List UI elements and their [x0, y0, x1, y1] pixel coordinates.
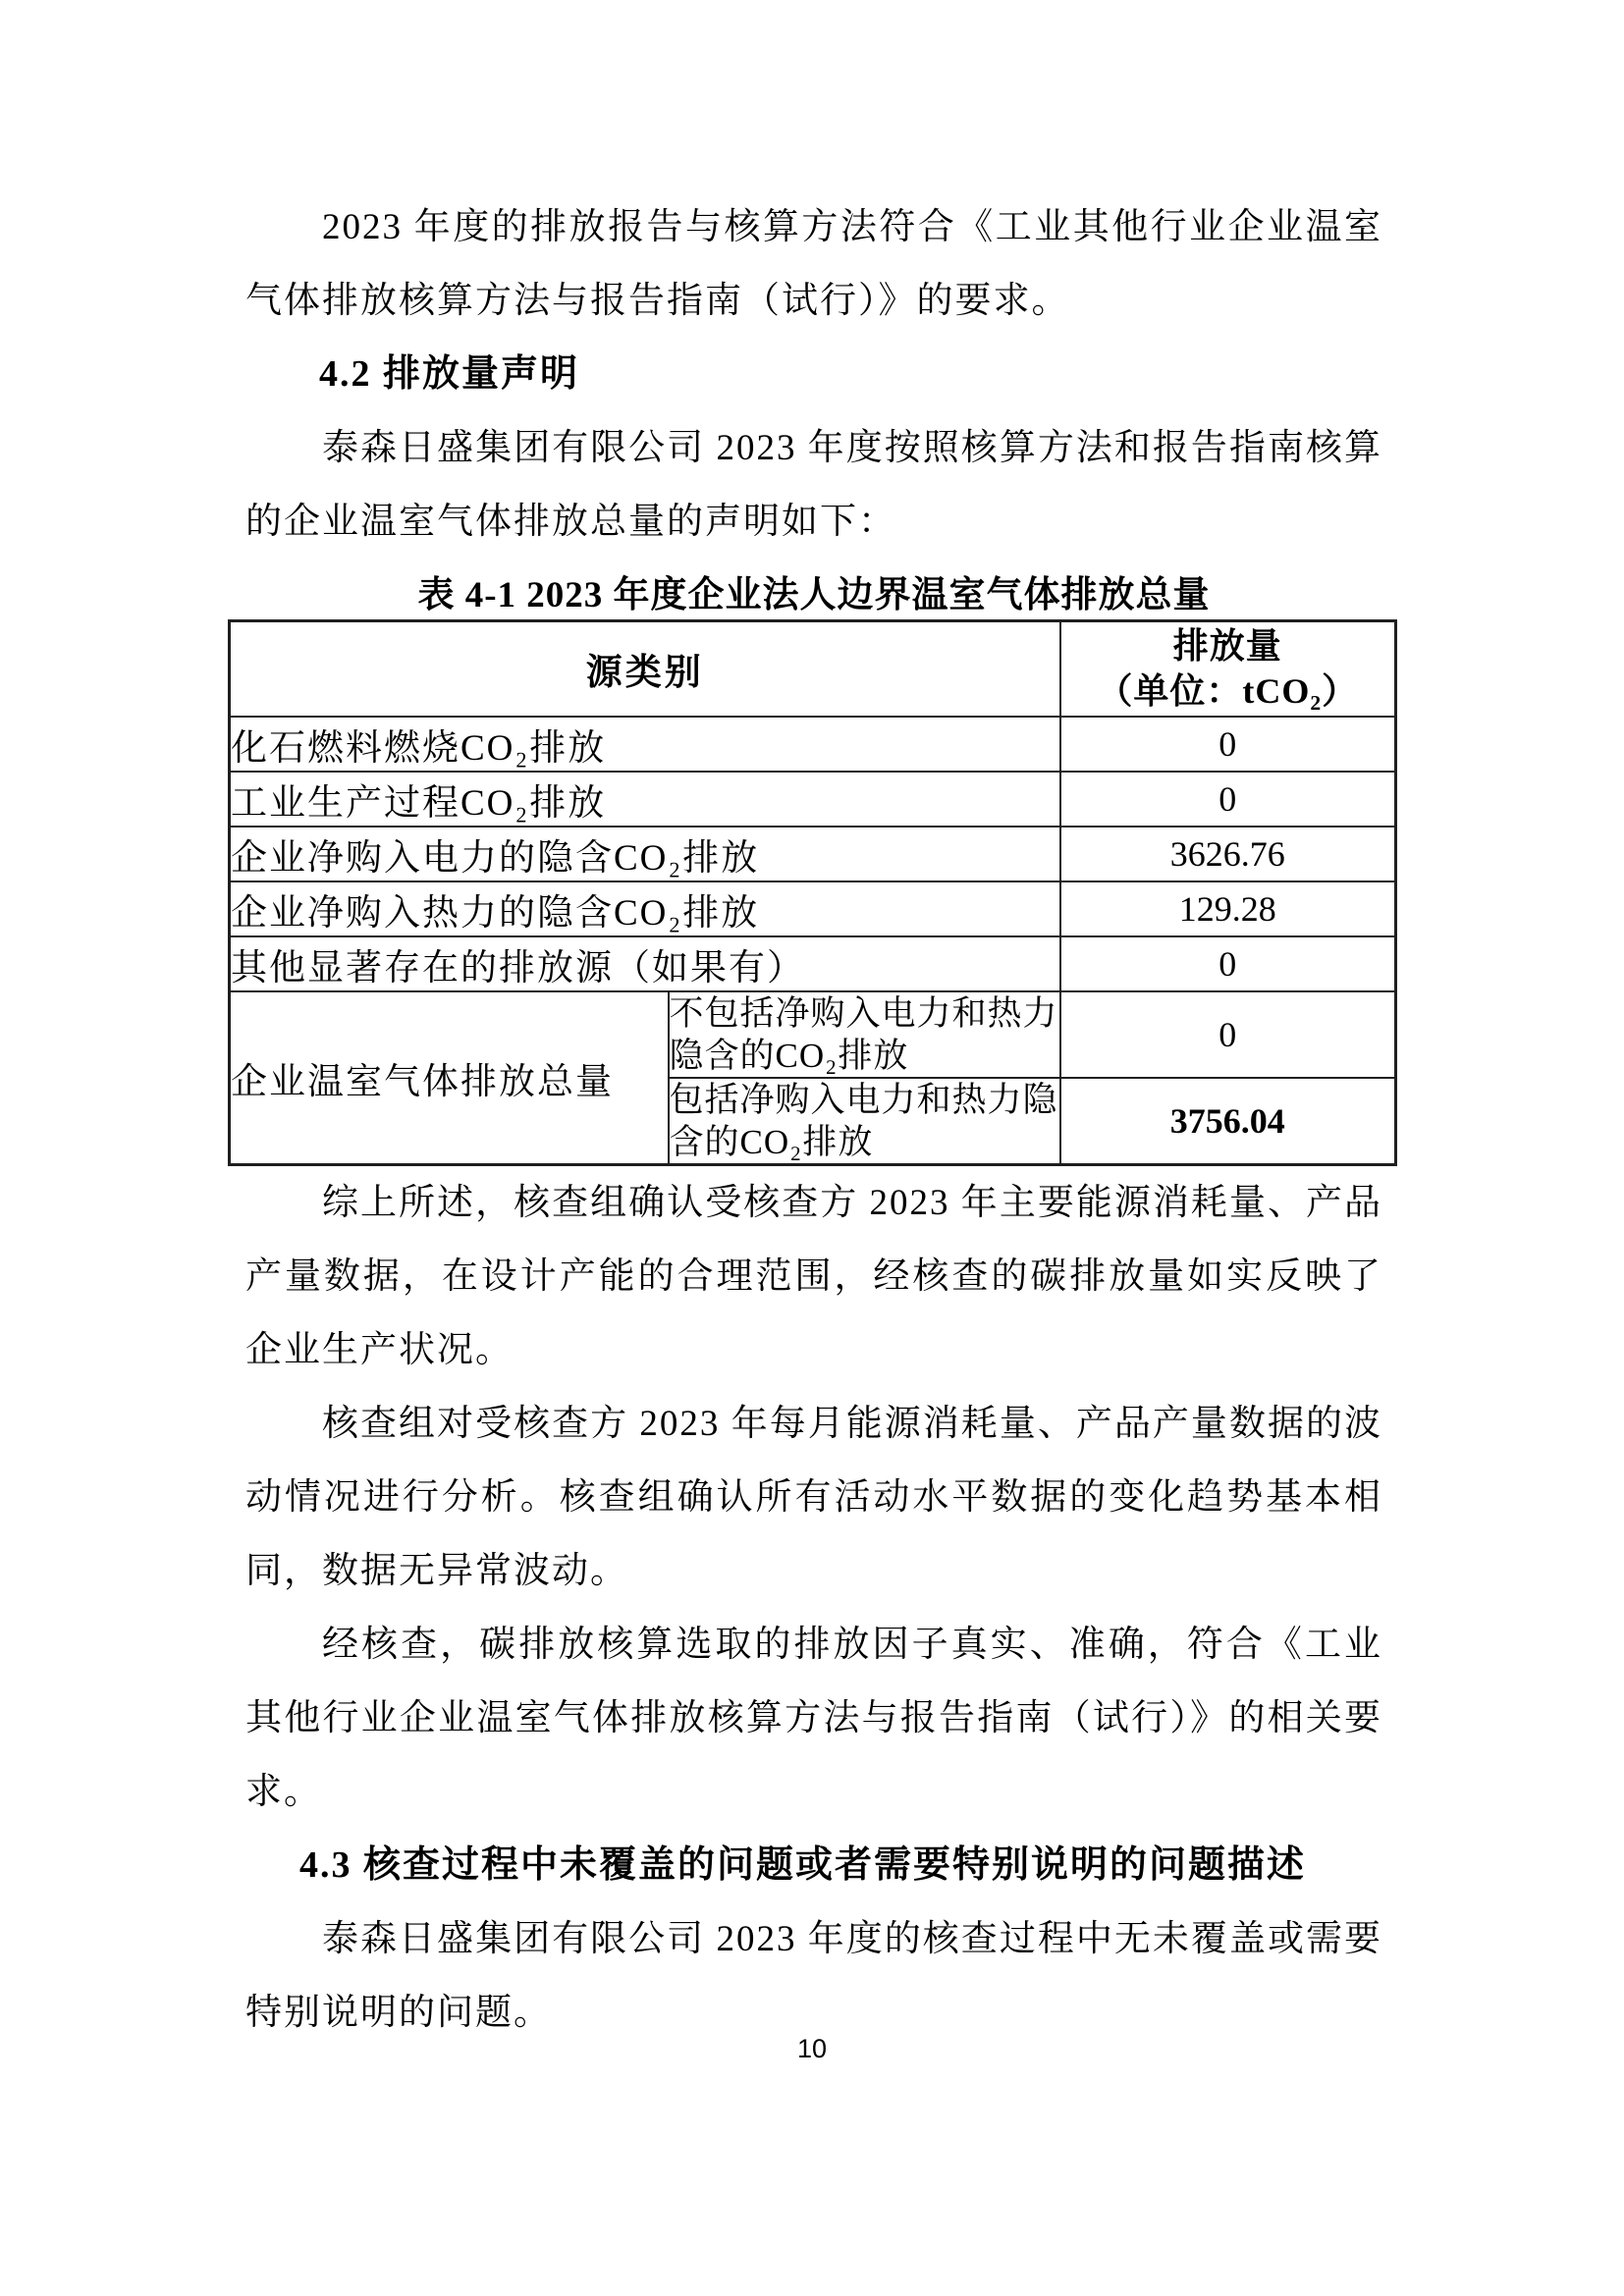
column-header-source-category: 源类别: [230, 621, 1060, 717]
row-value: 0: [1060, 936, 1396, 991]
row-value: 129.28: [1060, 881, 1396, 936]
row-label: 化石燃料燃烧CO₂排放: [230, 717, 1060, 772]
row-value: 0: [1060, 772, 1396, 827]
page-number: 10: [0, 2034, 1624, 2064]
row-value: 0: [1060, 717, 1396, 772]
section-heading-4-2: 4.2 排放量声明: [245, 338, 1382, 411]
page-content: 2023 年度的排放报告与核算方法符合《工业其他行业企业温室气体排放核算方法与报…: [245, 190, 1382, 2050]
row-label: 企业净购入电力的隐含CO₂排放: [230, 827, 1060, 881]
paragraph-no-uncovered-issues: 泰森日盛集团有限公司 2023 年度的核查过程中无未覆盖或需要特别说明的问题。: [245, 1902, 1382, 2050]
table-row-total-excluding: 企业温室气体排放总量 不包括净购入电力和热力隐含的CO₂排放 0: [230, 991, 1396, 1078]
table-row-other-sources: 其他显著存在的排放源（如果有） 0: [230, 936, 1396, 991]
emissions-table: 源类别 排放量 （单位：tCO₂） 化石燃料燃烧CO₂排放 0 工业生产过程CO…: [228, 619, 1397, 1166]
row-label: 其他显著存在的排放源（如果有）: [230, 936, 1060, 991]
emission-amount-unit: （单位：tCO₂）: [1061, 668, 1395, 714]
paragraph-monthly-fluctuation: 核查组对受核查方 2023 年每月能源消耗量、产品产量数据的波动情况进行分析。核…: [245, 1387, 1382, 1608]
paragraph-emission-factor: 经核查，碳排放核算选取的排放因子真实、准确，符合《工业其他行业企业温室气体排放核…: [245, 1608, 1382, 1829]
sub-row-label: 不包括净购入电力和热力隐含的CO₂排放: [669, 991, 1060, 1078]
paragraph-summary-confirmation: 综上所述，核查组确认受核查方 2023 年主要能源消耗量、产品产量数据，在设计产…: [245, 1166, 1382, 1387]
row-label: 企业净购入热力的隐含CO₂排放: [230, 881, 1060, 936]
table-row-purchased-heat: 企业净购入热力的隐含CO₂排放 129.28: [230, 881, 1396, 936]
table-header-row: 源类别 排放量 （单位：tCO₂）: [230, 621, 1396, 717]
table-caption: 表 4-1 2023 年度企业法人边界温室气体排放总量: [245, 572, 1382, 619]
sub-row-label: 包括净购入电力和热力隐含的CO₂排放: [669, 1078, 1060, 1165]
paragraph-report-compliance: 2023 年度的排放报告与核算方法符合《工业其他行业企业温室气体排放核算方法与报…: [245, 190, 1382, 338]
section-heading-4-3: 4.3 核查过程中未覆盖的问题或者需要特别说明的问题描述: [245, 1829, 1382, 1902]
row-value: 3626.76: [1060, 827, 1396, 881]
sub-row-value: 0: [1060, 991, 1396, 1078]
sub-row-value-total: 3756.04: [1060, 1078, 1396, 1165]
document-page: 2023 年度的排放报告与核算方法符合《工业其他行业企业温室气体排放核算方法与报…: [0, 0, 1624, 2296]
table-row-fossil-fuel: 化石燃料燃烧CO₂排放 0: [230, 717, 1396, 772]
row-label: 工业生产过程CO₂排放: [230, 772, 1060, 827]
total-emissions-label: 企业温室气体排放总量: [230, 991, 669, 1165]
emission-amount-label: 排放量: [1061, 623, 1395, 668]
column-header-emission-amount: 排放量 （单位：tCO₂）: [1060, 621, 1396, 717]
paragraph-declaration-intro: 泰森日盛集团有限公司 2023 年度按照核算方法和报告指南核算的企业温室气体排放…: [245, 411, 1382, 559]
table-row-purchased-electricity: 企业净购入电力的隐含CO₂排放 3626.76: [230, 827, 1396, 881]
table-row-industrial-process: 工业生产过程CO₂排放 0: [230, 772, 1396, 827]
